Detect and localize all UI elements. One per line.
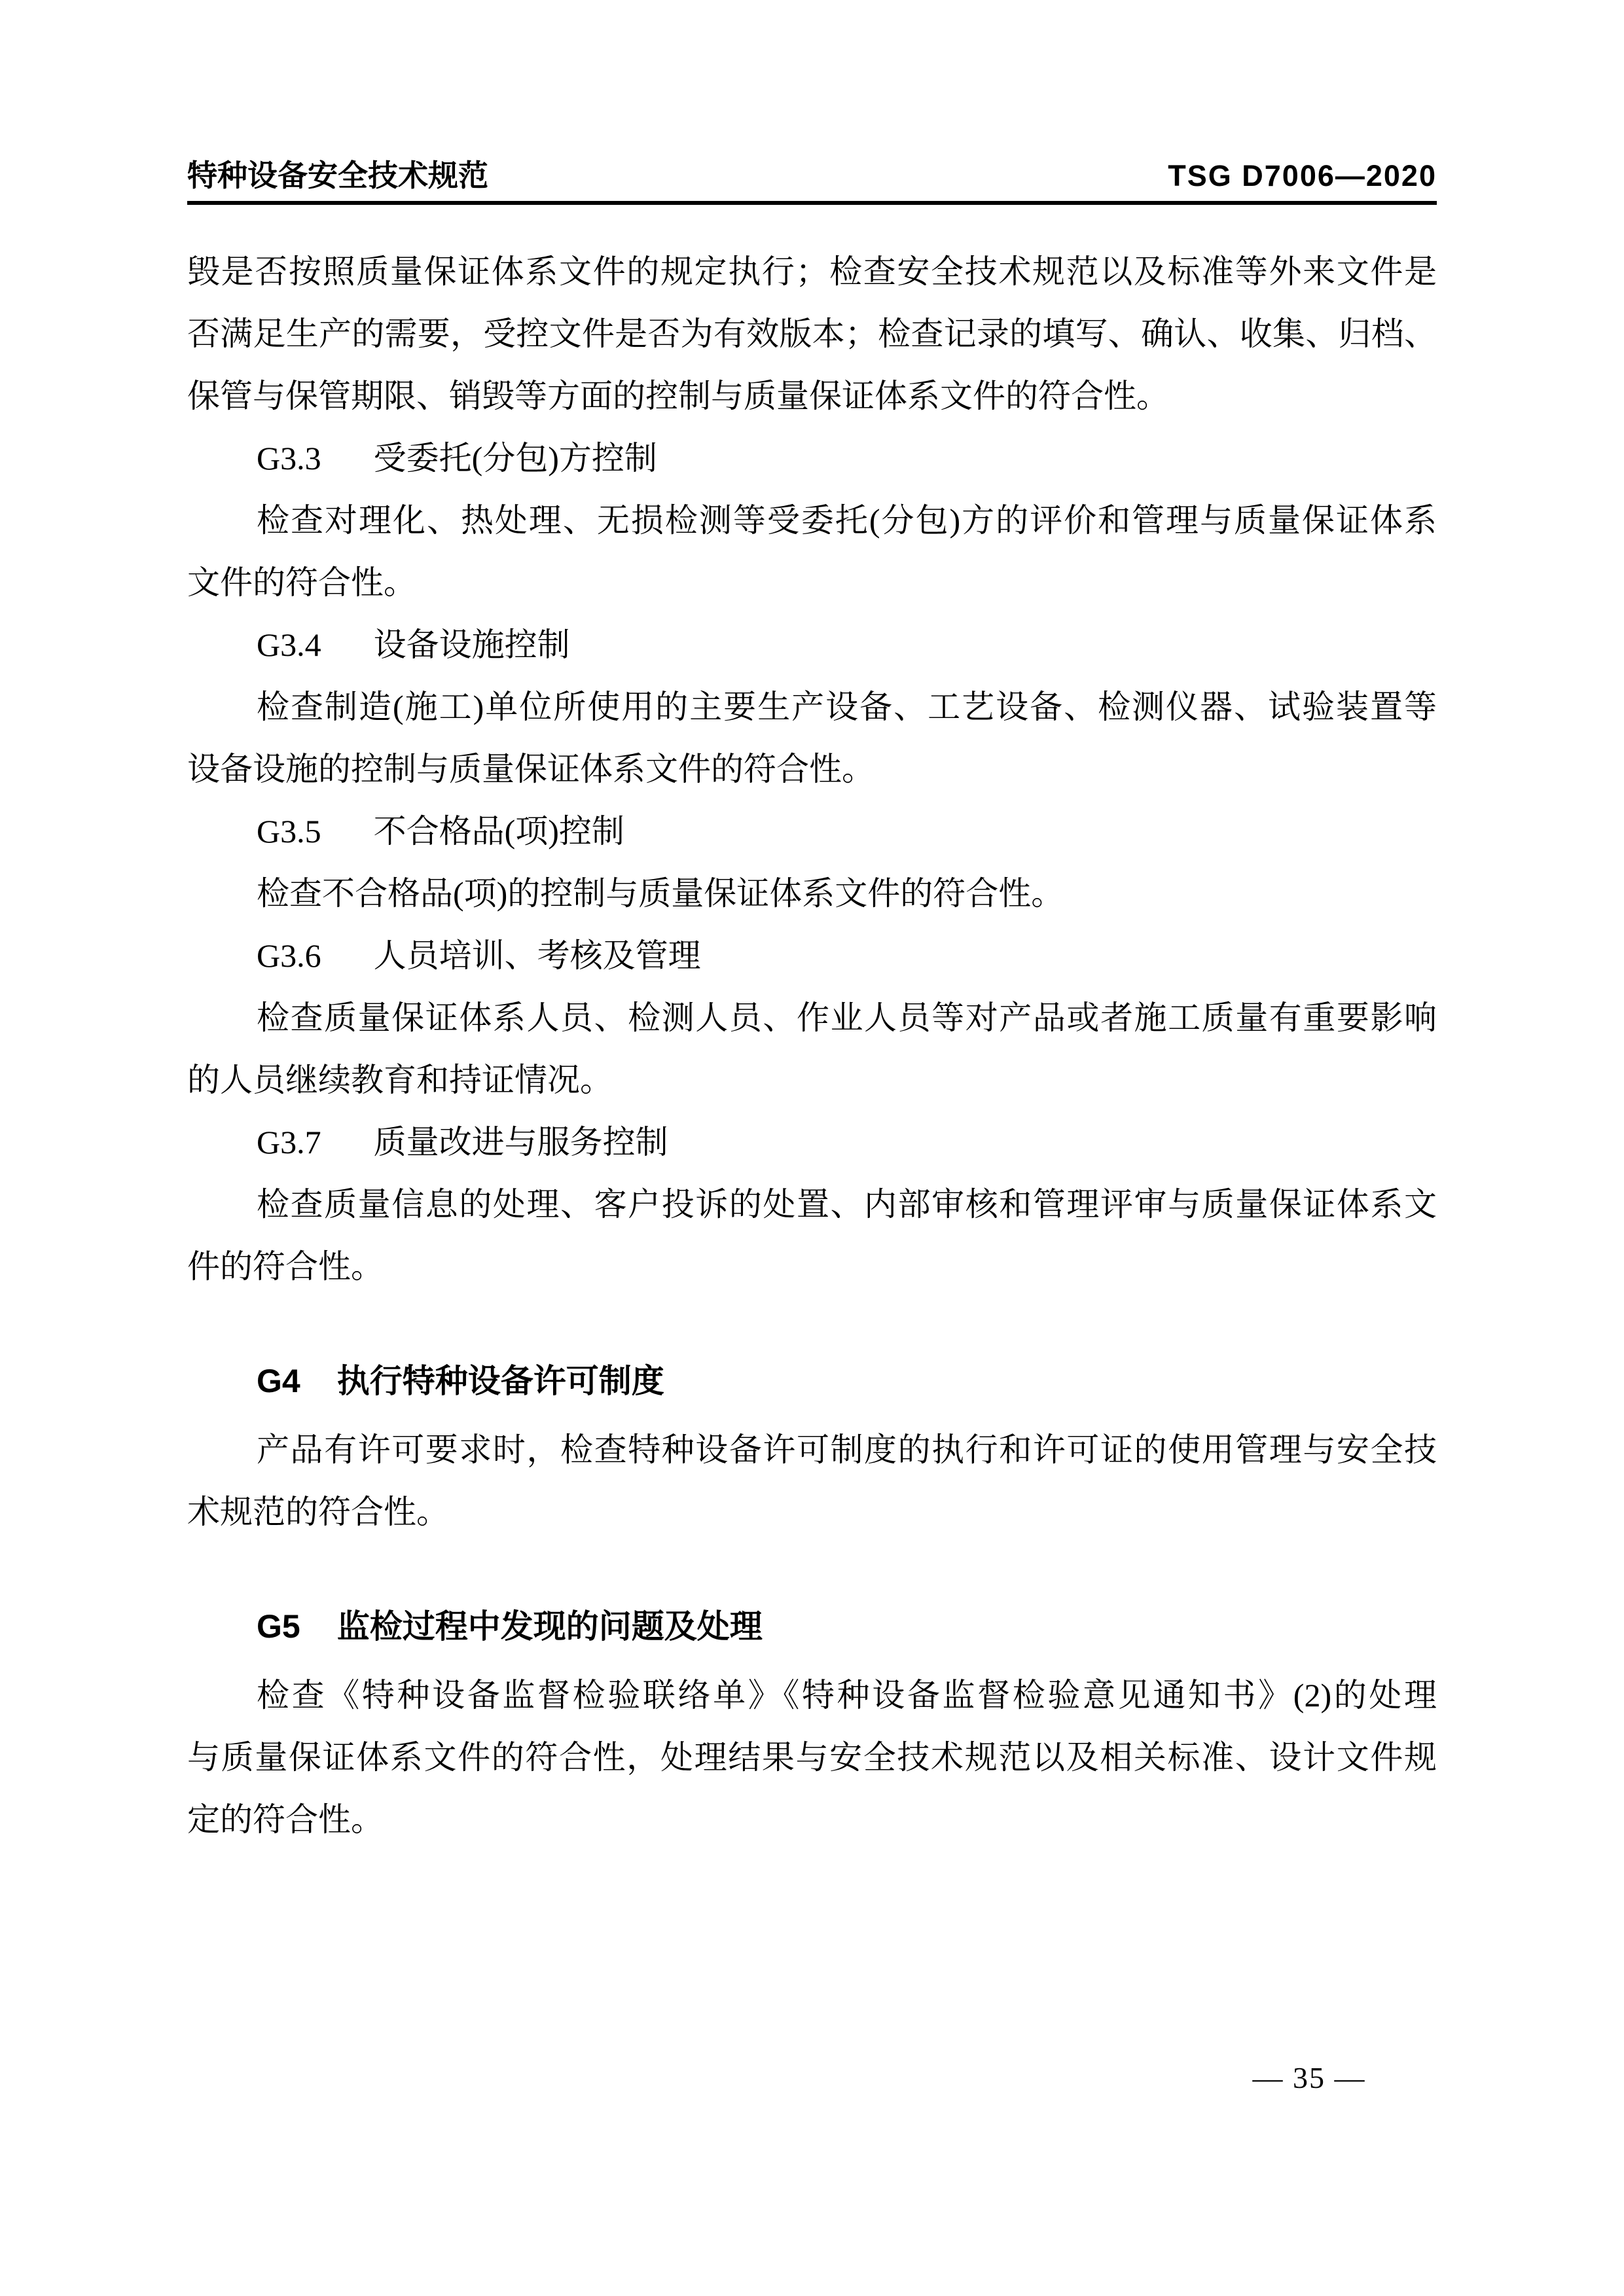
header-spec-name: 特种设备安全技术规范 <box>187 159 488 192</box>
section-paragraph: 产品有许可要求时，检查特种设备许可制度的执行和许可证的使用管理与安全技 术规范的… <box>187 1419 1437 1543</box>
section-number: G3.5 <box>257 813 321 850</box>
text-line: 的人员继续教育和持证情况。 <box>187 1049 1437 1111</box>
document-page: 特种设备安全技术规范 TSG D7006—2020 毁是否按照质量保证体系文件的… <box>0 0 1624 2296</box>
text-line: 检查《特种设备监督检验联络单》《特种设备监督检验意见通知书》(2)的处理 <box>187 1664 1437 1727</box>
section-number: G3.7 <box>257 1124 321 1160</box>
section-g3-4: G3.4设备设施控制 检查制造(施工)单位所使用的主要生产设备、工艺设备、检测仪… <box>187 614 1437 800</box>
section-heading: G3.4设备设施控制 <box>187 614 1437 676</box>
section-paragraph: 检查不合格品(项)的控制与质量保证体系文件的符合性。 <box>187 863 1437 925</box>
section-number: G3.6 <box>257 937 321 974</box>
text-line: 术规范的符合性。 <box>187 1481 1437 1543</box>
paragraph-continuation: 毁是否按照质量保证体系文件的规定执行；检查安全技术规范以及标准等外来文件是 否满… <box>187 241 1437 427</box>
text-line: 否满足生产的需要，受控文件是否为有效版本；检查记录的填写、确认、收集、归档、 <box>187 303 1437 365</box>
section-number: G3.4 <box>257 626 321 663</box>
section-paragraph: 检查质量信息的处理、客户投诉的处置、内部审核和管理评审与质量保证体系文 件的符合… <box>187 1174 1437 1298</box>
page-header: 特种设备安全技术规范 TSG D7006—2020 <box>187 159 1437 205</box>
section-g4: G4执行特种设备许可制度 产品有许可要求时，检查特种设备许可制度的执行和许可证的… <box>187 1350 1437 1543</box>
section-title: 受委托(分包)方控制 <box>374 440 657 476</box>
text-line: 毁是否按照质量保证体系文件的规定执行；检查安全技术规范以及标准等外来文件是 <box>187 241 1437 303</box>
page-body: 毁是否按照质量保证体系文件的规定执行；检查安全技术规范以及标准等外来文件是 否满… <box>187 241 1437 1851</box>
text-line: 检查制造(施工)单位所使用的主要生产设备、工艺设备、检测仪器、试验装置等 <box>187 676 1437 738</box>
section-g3-5: G3.5不合格品(项)控制 检查不合格品(项)的控制与质量保证体系文件的符合性。 <box>187 800 1437 925</box>
section-paragraph: 检查制造(施工)单位所使用的主要生产设备、工艺设备、检测仪器、试验装置等 设备设… <box>187 676 1437 800</box>
section-heading: G3.5不合格品(项)控制 <box>187 800 1437 863</box>
section-number: G5 <box>257 1608 300 1645</box>
text-line: 产品有许可要求时，检查特种设备许可制度的执行和许可证的使用管理与安全技 <box>187 1419 1437 1481</box>
section-number: G4 <box>257 1363 300 1399</box>
text-line: 检查质量信息的处理、客户投诉的处置、内部审核和管理评审与质量保证体系文 <box>187 1174 1437 1236</box>
section-title: 设备设施控制 <box>374 626 570 663</box>
section-title: 监检过程中发现的问题及处理 <box>337 1608 763 1645</box>
section-heading: G3.3受委托(分包)方控制 <box>187 427 1437 490</box>
text-line: 文件的符合性。 <box>187 552 1437 614</box>
section-title: 人员培训、考核及管理 <box>374 937 701 974</box>
section-heading: G5监检过程中发现的问题及处理 <box>187 1596 1437 1658</box>
header-doc-number: TSG D7006—2020 <box>1168 160 1437 192</box>
section-title: 执行特种设备许可制度 <box>337 1363 664 1399</box>
section-g3-7: G3.7质量改进与服务控制 检查质量信息的处理、客户投诉的处置、内部审核和管理评… <box>187 1111 1437 1298</box>
text-line: 设备设施的控制与质量保证体系文件的符合性。 <box>187 738 1437 800</box>
text-line: 检查质量保证体系人员、检测人员、作业人员等对产品或者施工质量有重要影响 <box>187 987 1437 1049</box>
section-g3-3: G3.3受委托(分包)方控制 检查对理化、热处理、无损检测等受委托(分包)方的评… <box>187 427 1437 614</box>
section-title: 不合格品(项)控制 <box>374 813 624 850</box>
section-title: 质量改进与服务控制 <box>374 1124 668 1160</box>
section-paragraph: 检查《特种设备监督检验联络单》《特种设备监督检验意见通知书》(2)的处理 与质量… <box>187 1664 1437 1851</box>
section-heading: G3.6人员培训、考核及管理 <box>187 925 1437 987</box>
text-line: 定的符合性。 <box>187 1789 1437 1851</box>
text-line: 检查不合格品(项)的控制与质量保证体系文件的符合性。 <box>187 863 1437 925</box>
section-heading: G3.7质量改进与服务控制 <box>187 1111 1437 1174</box>
section-heading: G4执行特种设备许可制度 <box>187 1350 1437 1412</box>
text-line: 保管与保管期限、销毁等方面的控制与质量保证体系文件的符合性。 <box>187 365 1437 427</box>
section-g5: G5监检过程中发现的问题及处理 检查《特种设备监督检验联络单》《特种设备监督检验… <box>187 1596 1437 1851</box>
section-number: G3.3 <box>257 440 321 476</box>
section-g3-6: G3.6人员培训、考核及管理 检查质量保证体系人员、检测人员、作业人员等对产品或… <box>187 925 1437 1111</box>
text-line: 与质量保证体系文件的符合性，处理结果与安全技术规范以及相关标准、设计文件规 <box>187 1727 1437 1789</box>
page-number: — 35 — <box>1227 2055 1391 2101</box>
text-line: 检查对理化、热处理、无损检测等受委托(分包)方的评价和管理与质量保证体系 <box>187 490 1437 552</box>
section-paragraph: 检查对理化、热处理、无损检测等受委托(分包)方的评价和管理与质量保证体系 文件的… <box>187 490 1437 614</box>
text-line: 件的符合性。 <box>187 1236 1437 1298</box>
section-paragraph: 检查质量保证体系人员、检测人员、作业人员等对产品或者施工质量有重要影响 的人员继… <box>187 987 1437 1111</box>
